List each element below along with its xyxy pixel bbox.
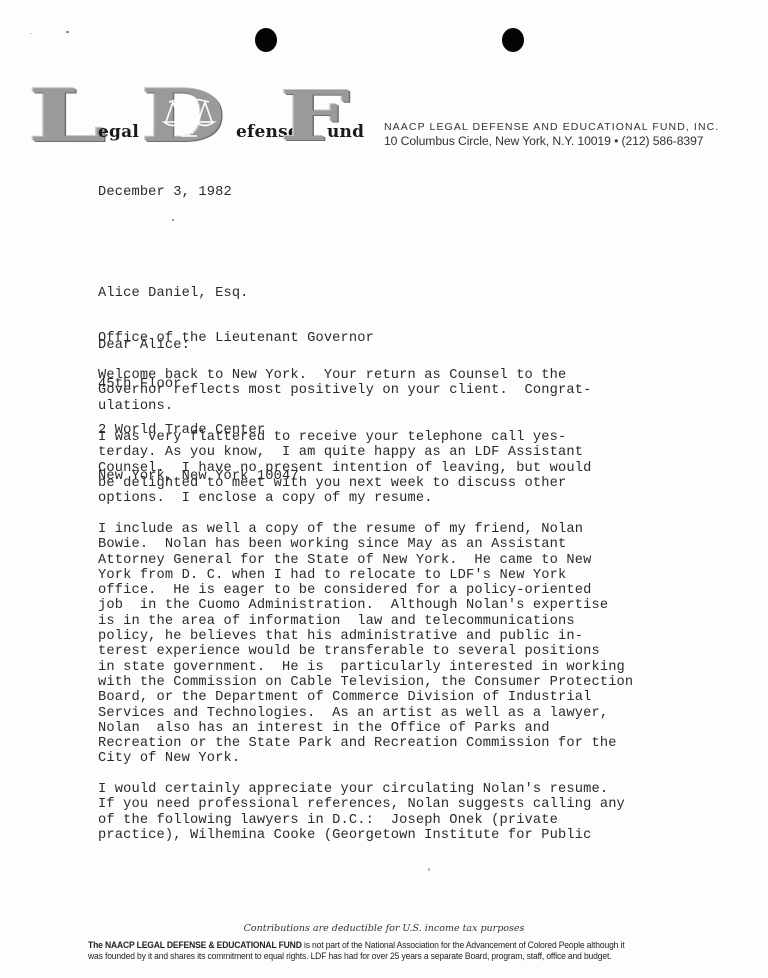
paragraph-line: Nolan also has an interest in the Office…	[98, 721, 633, 736]
organization-name: NAACP LEGAL DEFENSE AND EDUCATIONAL FUND…	[384, 121, 719, 133]
punch-hole-right	[502, 28, 524, 52]
logo-initial-l: L	[28, 80, 106, 152]
scan-speck	[428, 868, 430, 871]
salutation: Dear Alice:	[98, 338, 190, 353]
paragraph-line: York from D. C. when I had to relocate t…	[98, 568, 633, 583]
paragraph-line: of the following lawyers in D.C.: Joseph…	[98, 813, 625, 828]
tax-deductible-note: Contributions are deductible for U.S. in…	[0, 923, 768, 934]
scan-speck	[30, 33, 32, 34]
letter-date: December 3, 1982	[98, 185, 232, 200]
disclaimer-line: The NAACP LEGAL DEFENSE & EDUCATIONAL FU…	[88, 940, 670, 951]
paragraph-line: office. He is eager to be considered for…	[98, 583, 633, 598]
paragraph-line: Welcome back to New York. Your return as…	[98, 368, 591, 383]
paragraph-line: policy, he believes that his administrat…	[98, 629, 633, 644]
paragraph-line: Counsel. I have no present intention of …	[98, 461, 591, 476]
logo-word-legal: egal	[98, 122, 139, 142]
paragraph-line: ulations.	[98, 399, 591, 414]
recipient-line: Alice Daniel, Esq.	[98, 286, 374, 301]
paragraph-line: Services and Technologies. As an artist …	[98, 706, 633, 721]
paragraph-line: If you need professional references, Nol…	[98, 797, 625, 812]
disclaimer-line: was founded by it and shares its commitm…	[88, 951, 670, 962]
paragraph-3: I include as well a copy of the resume o…	[98, 522, 633, 767]
disclaimer-bold: The NAACP LEGAL DEFENSE & EDUCATIONAL FU…	[88, 940, 302, 950]
organization-address: 10 Columbus Circle, New York, N.Y. 10019…	[384, 134, 719, 148]
paragraph-line: Governor reflects most positively on you…	[98, 383, 591, 398]
paragraph-2: I was very flattered to receive your tel…	[98, 430, 591, 506]
paragraph-line: in state government. He is particularly …	[98, 660, 633, 675]
paragraph-line: Board, or the Department of Commerce Div…	[98, 690, 633, 705]
scan-speck	[172, 219, 174, 221]
paragraph-line: I would certainly appreciate your circul…	[98, 782, 625, 797]
logo-word-fund: und	[327, 122, 364, 142]
paragraph-line: Recreation or the State Park and Recreat…	[98, 736, 633, 751]
paragraph-line: is in the area of information law and te…	[98, 614, 633, 629]
disclaimer-text: LDF has had for over 25 years a separate…	[308, 951, 611, 961]
paragraph-line: be delighted to meet with you next week …	[98, 476, 591, 491]
paragraph-line: I include as well a copy of the resume o…	[98, 522, 633, 537]
paragraph-4: I would certainly appreciate your circul…	[98, 782, 625, 843]
scales-of-justice-icon	[161, 92, 217, 142]
paragraph-line: terest experience would be transferable …	[98, 644, 633, 659]
letterhead-org-info: NAACP LEGAL DEFENSE AND EDUCATIONAL FUND…	[384, 121, 719, 148]
disclaimer-text: was founded by it and shares its commitm…	[88, 951, 308, 961]
paragraph-line: terday. As you know, I am quite happy as…	[98, 445, 591, 460]
paragraph-line: with the Commission on Cable Television,…	[98, 675, 633, 690]
paragraph-line: I was very flattered to receive your tel…	[98, 430, 591, 445]
paragraph-1: Welcome back to New York. Your return as…	[98, 368, 591, 414]
paragraph-line: job in the Cuomo Administration. Althoug…	[98, 598, 633, 613]
paragraph-line: Attorney General for the State of New Yo…	[98, 553, 633, 568]
footer-disclaimer: The NAACP LEGAL DEFENSE & EDUCATIONAL FU…	[88, 940, 670, 962]
paragraph-line: Bowie. Nolan has been working since May …	[98, 537, 633, 552]
paragraph-line: practice), Wilhemina Cooke (Georgetown I…	[98, 828, 625, 843]
paragraph-line: options. I enclose a copy of my resume.	[98, 491, 591, 506]
disclaimer-text: is not part of the National Association …	[302, 940, 625, 950]
punch-hole-left	[255, 28, 277, 52]
scan-speck	[66, 31, 69, 33]
ldf-logo: L egal D efense F und	[28, 84, 368, 144]
paragraph-line: City of New York.	[98, 751, 633, 766]
